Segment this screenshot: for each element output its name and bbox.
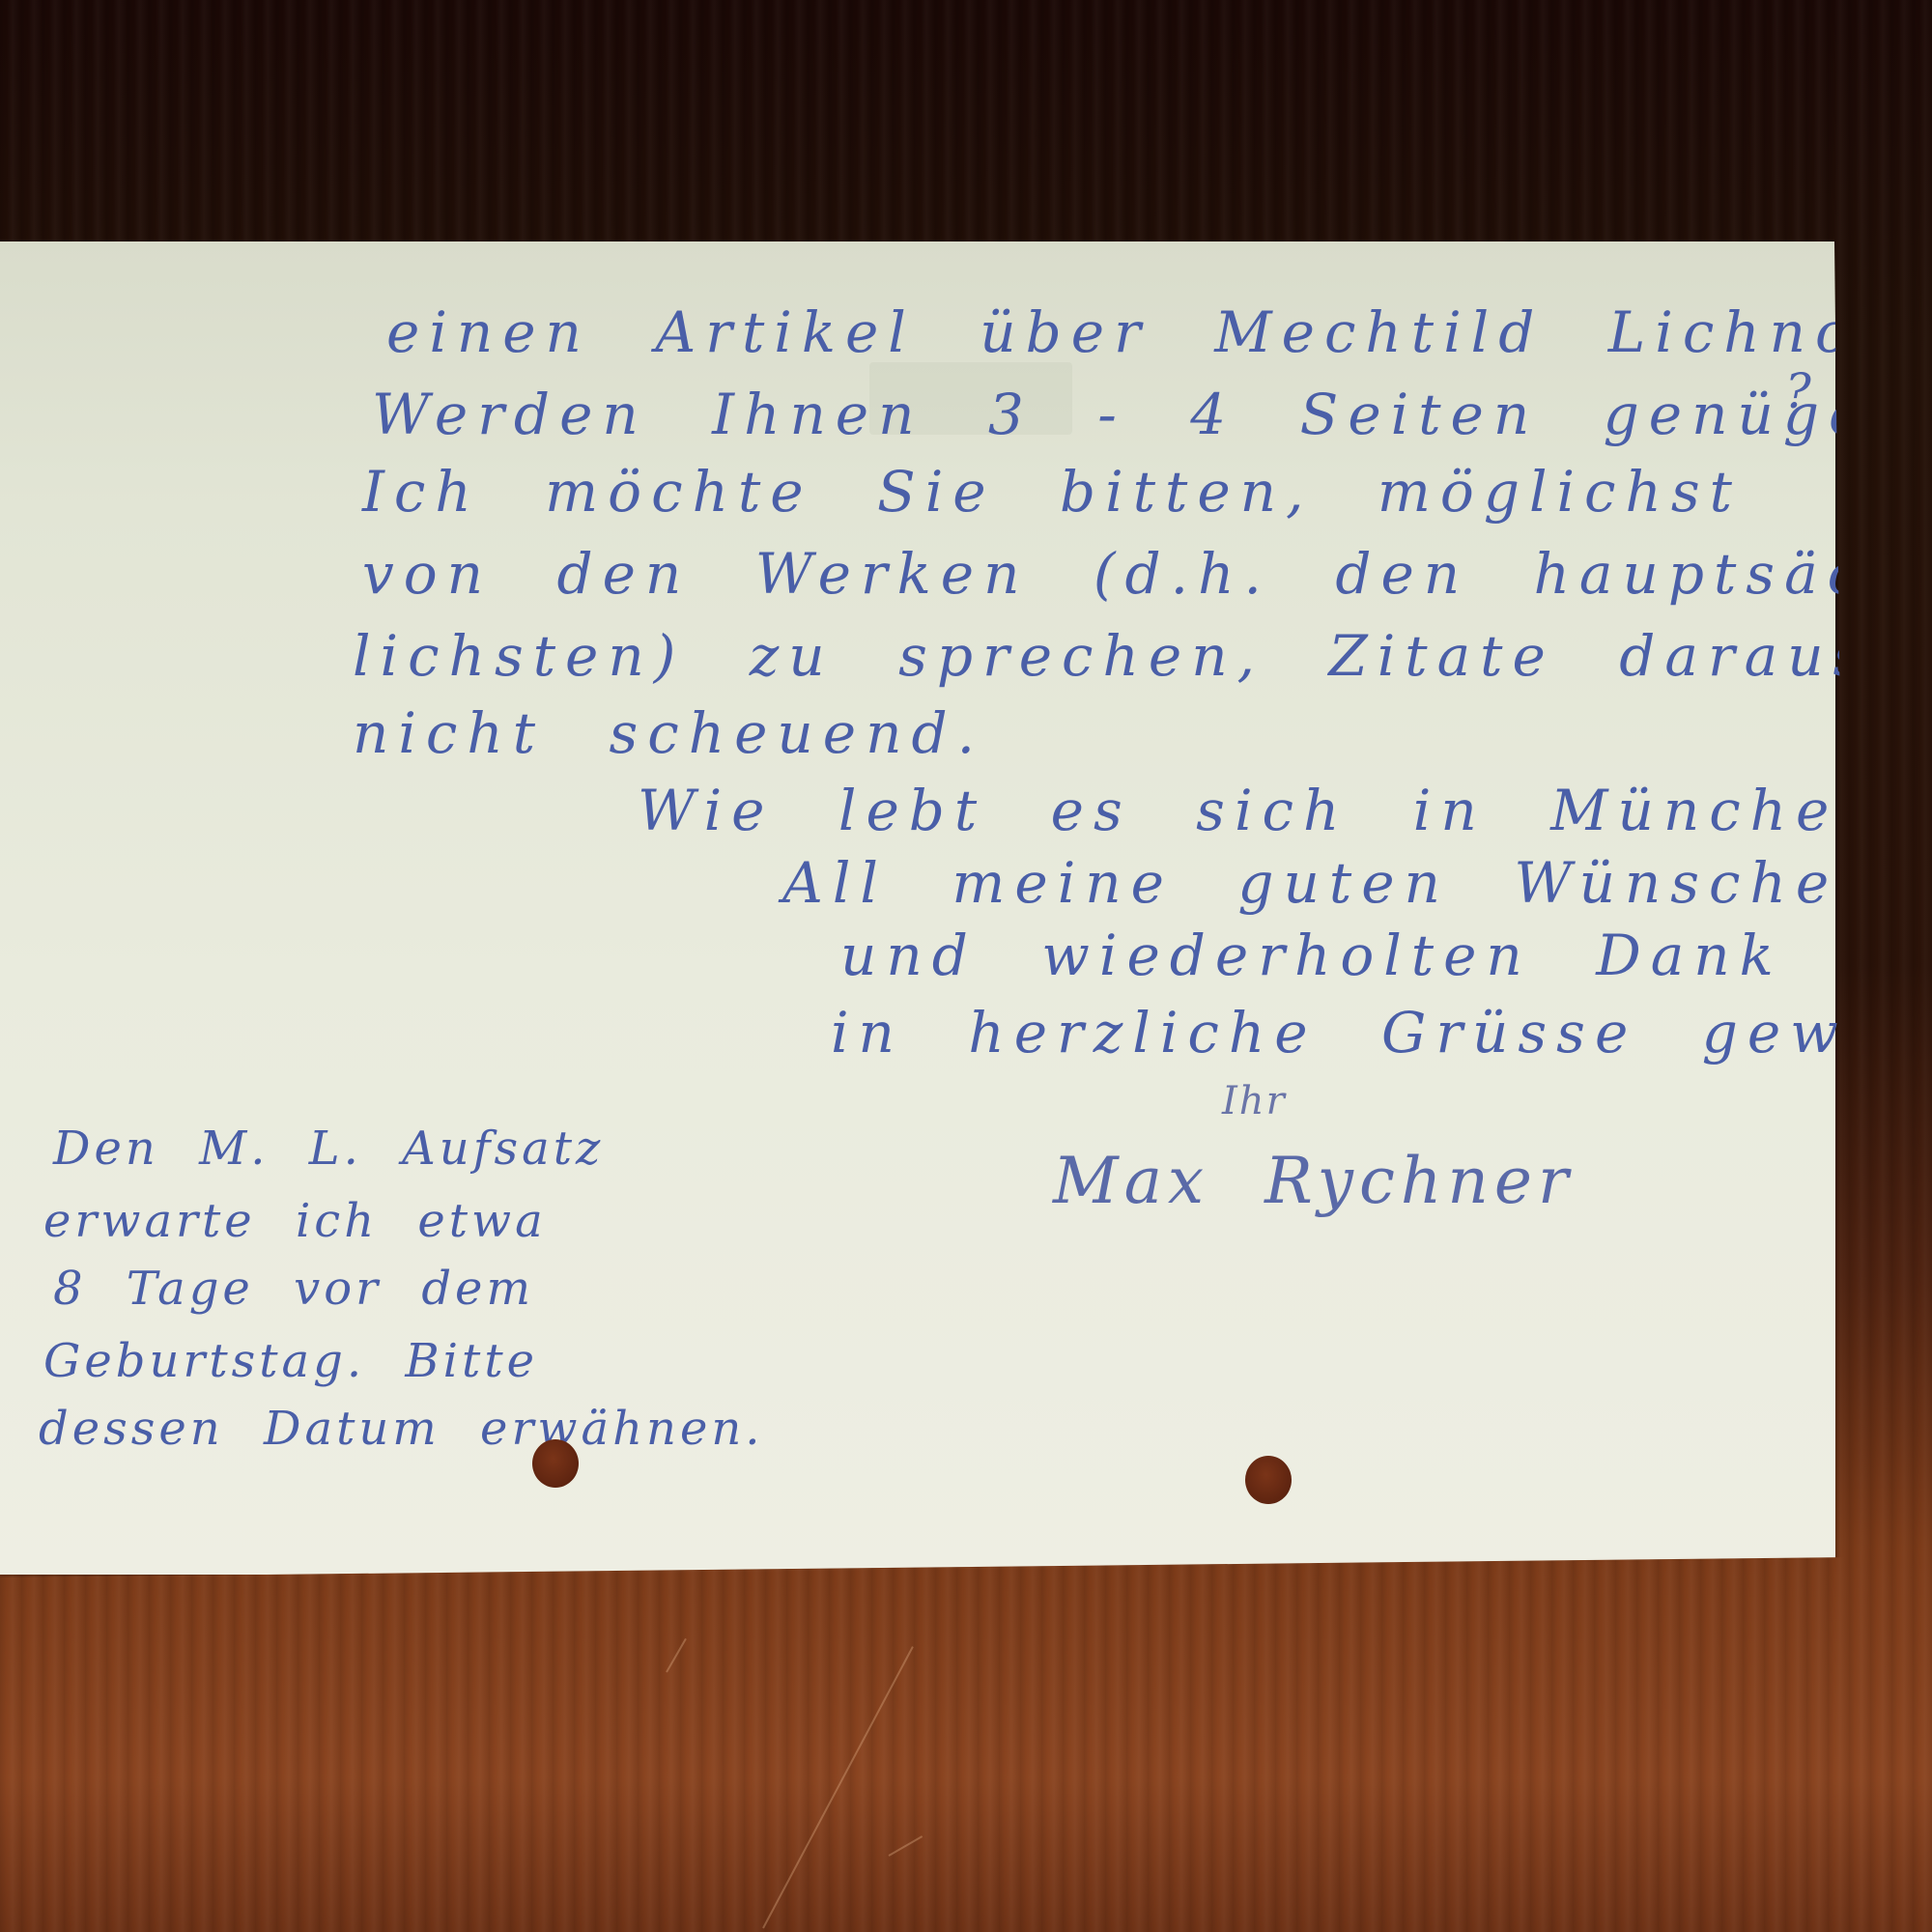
punch-hole bbox=[532, 1439, 579, 1488]
body-line: Ich möchte Sie bitten, möglichst bbox=[362, 464, 1742, 520]
closing-line: Wie lebt es sich in München? bbox=[638, 782, 1924, 838]
postscript-line: erwarte ich etwa bbox=[43, 1198, 547, 1244]
body-line: nicht scheuend. bbox=[353, 705, 984, 761]
signature: Max Rychner bbox=[1053, 1150, 1575, 1213]
closing-line: in herzliche Grüsse gewickelt. bbox=[831, 1005, 1932, 1061]
table-scratch bbox=[762, 1646, 914, 1928]
table-scratch bbox=[889, 1835, 923, 1857]
punch-hole bbox=[1245, 1456, 1292, 1504]
postscript-line: dessen Datum erwähnen. bbox=[39, 1406, 764, 1452]
postscript-line: Den M. L. Aufsatz bbox=[53, 1125, 604, 1172]
postscript-line: 8 Tage vor dem bbox=[53, 1265, 534, 1312]
closing-line: und wiederholten Dank bbox=[840, 927, 1783, 983]
valediction: Ihr bbox=[1222, 1082, 1287, 1121]
body-line: einen Artikel über Mechtild Lichnowsky bbox=[386, 304, 1932, 360]
body-line: lichsten) zu sprechen, Zitate daraus bbox=[353, 628, 1871, 684]
closing-line: All meine guten Wünsche bbox=[782, 855, 1838, 911]
body-line: Werden Ihnen 3 - 4 Seiten genügen? bbox=[372, 386, 1932, 442]
table-scratch bbox=[666, 1638, 687, 1673]
body-line: von den Werken (d.h. den hauptsäch- bbox=[362, 546, 1932, 602]
margin-mark: ? bbox=[1785, 367, 1821, 415]
letter-sheet: einen Artikel über Mechtild Lichnowsky W… bbox=[0, 241, 1835, 1575]
postscript-line: Geburtstag. Bitte bbox=[43, 1338, 538, 1384]
